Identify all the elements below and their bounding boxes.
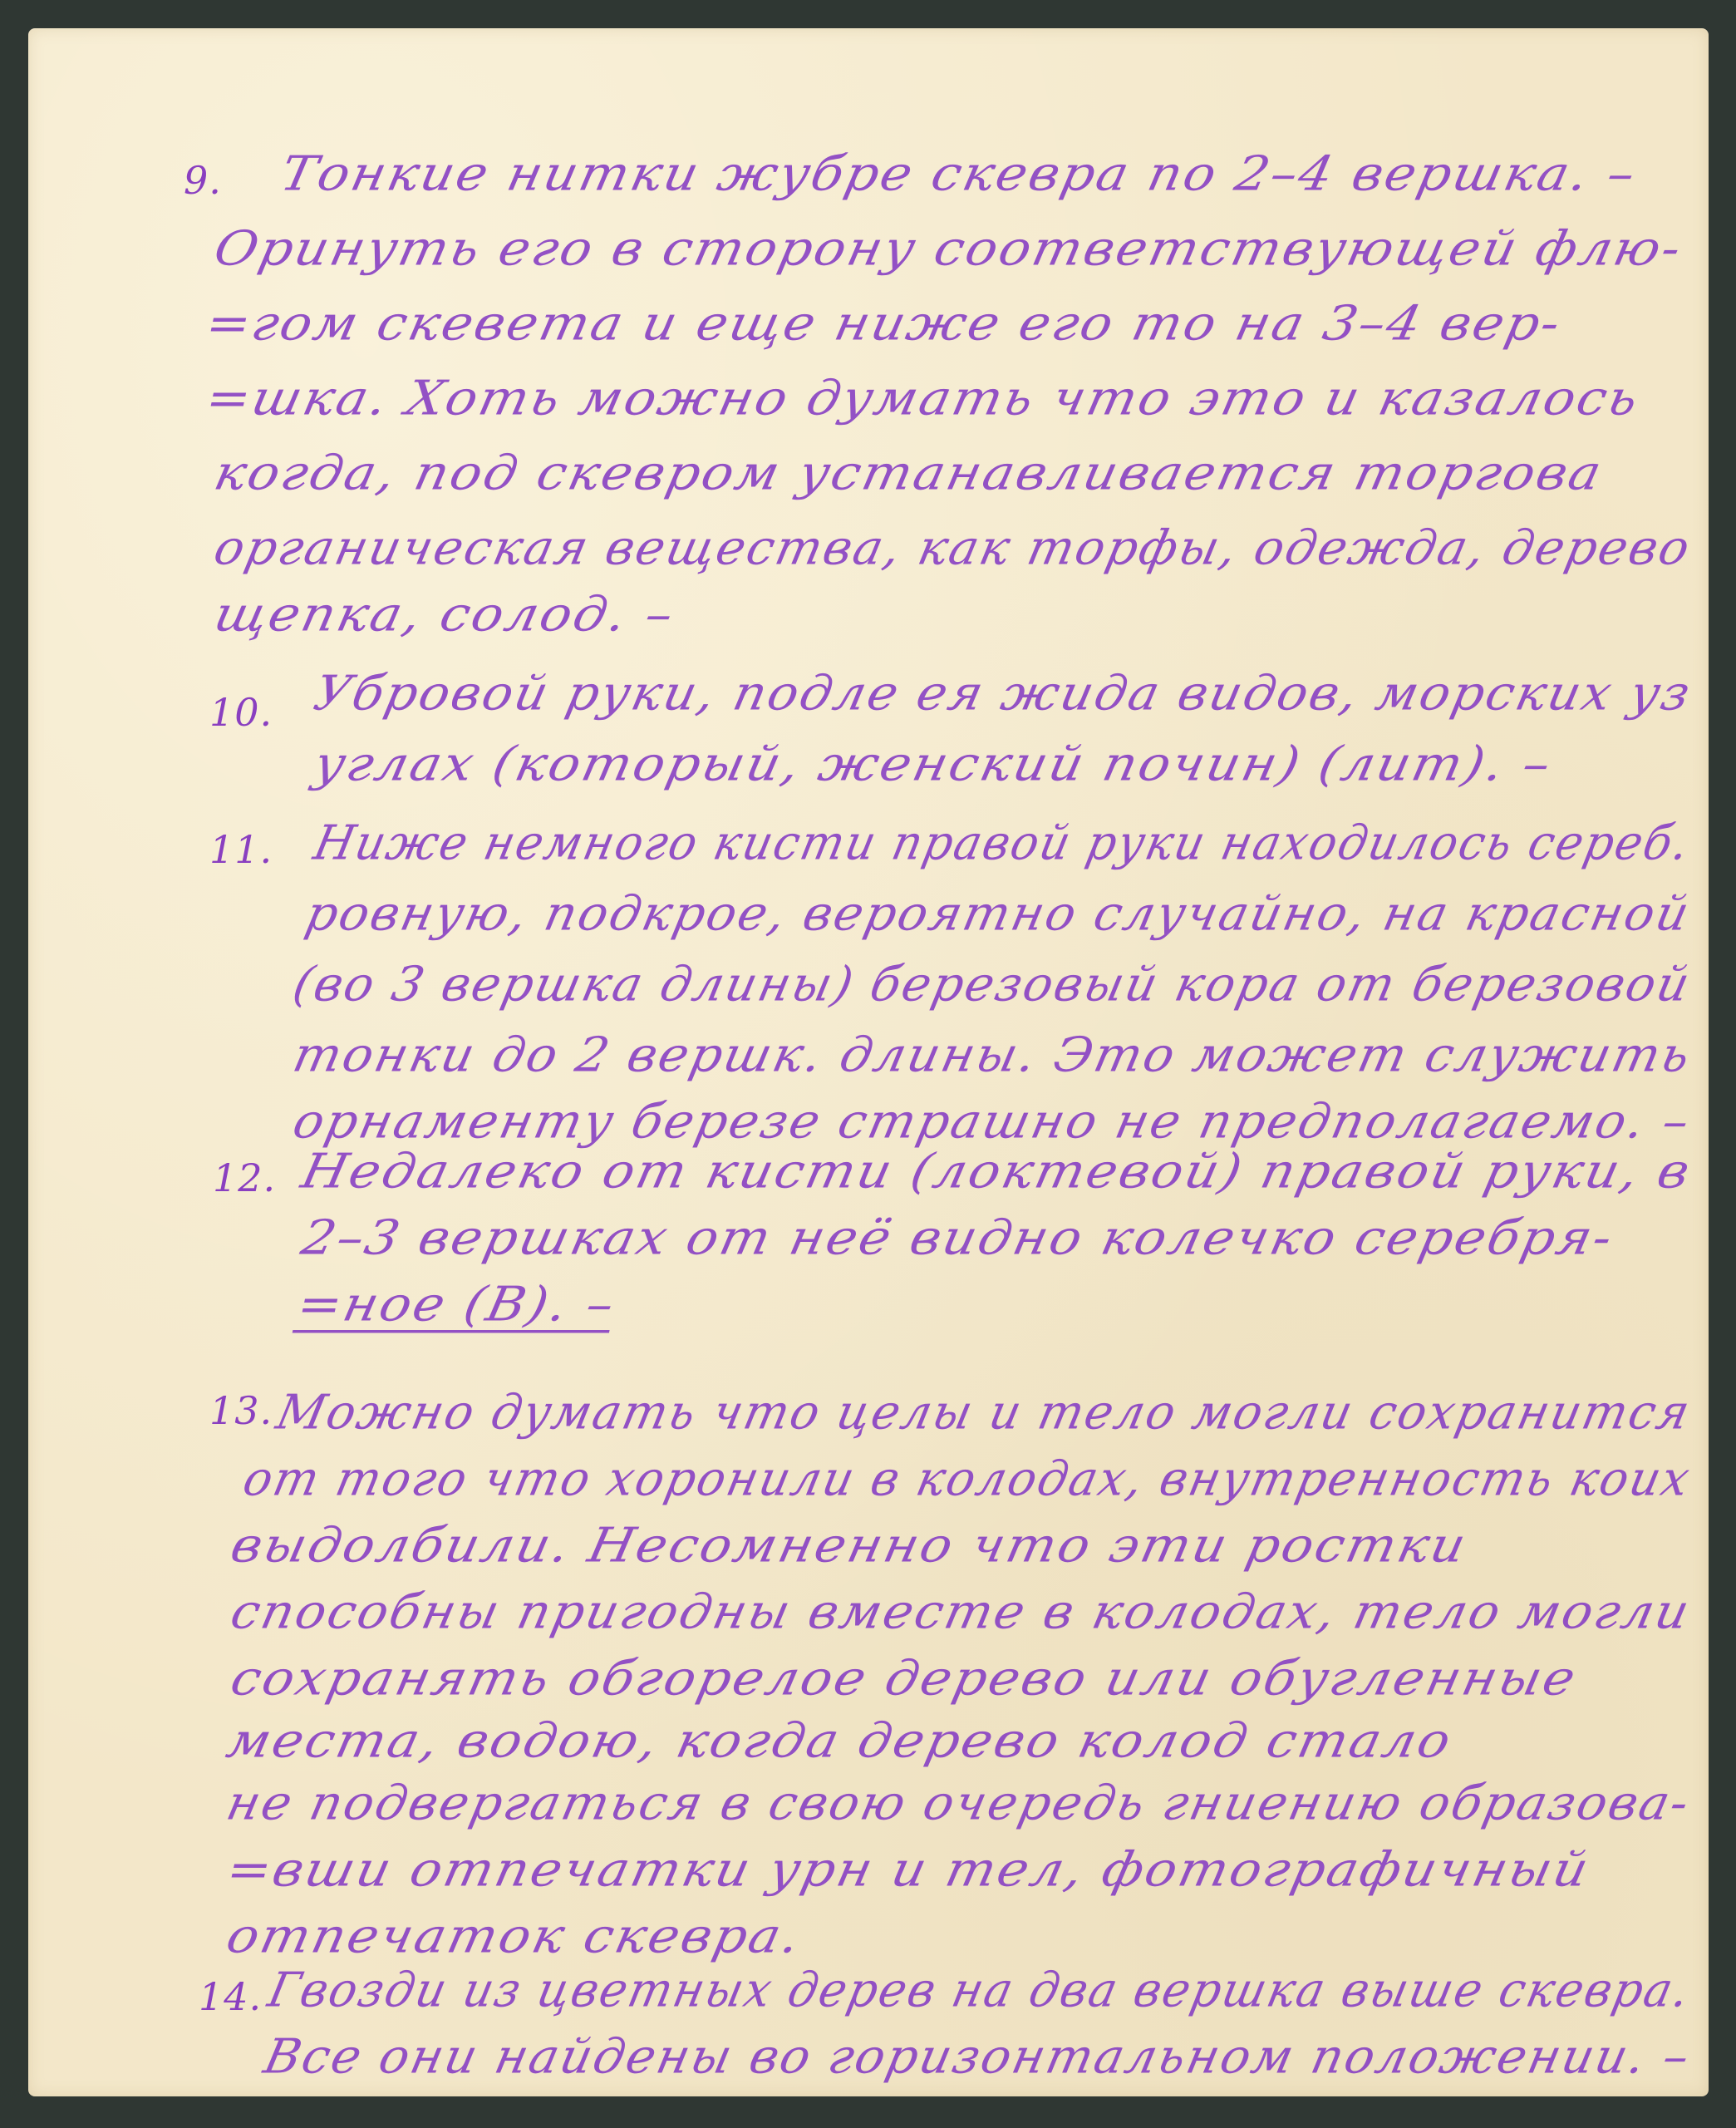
item-14-line-2: Все они найдены во горизонтальном положе… — [260, 2032, 1695, 2081]
item-11-line-4: тонки до 2 вершк. длины. Это может служи… — [289, 1031, 1696, 1079]
item-13-line-5: сохранять обгорелое дерево или обугленны… — [227, 1654, 1581, 1702]
item-13-line-7: не подвергаться в свою очередь гниению о… — [223, 1779, 1694, 1827]
item-10-line-2: углах (который, женский почин) (лит). – — [310, 740, 1556, 788]
item-11-line-3: (во 3 вершка длины) березовый кора от бе… — [289, 960, 1695, 1008]
manuscript-page: 9. Тонкие нитки жубре скевра по 2–4 верш… — [28, 28, 1709, 2096]
item-number-12: 12. — [213, 1159, 276, 1197]
item-9-line-1: Тонкие нитки жубре скевра по 2–4 вершка.… — [277, 150, 1641, 198]
item-9-line-3: =гом скевета и еще ниже его то на 3–4 ве… — [202, 299, 1566, 347]
item-number-13: 13. — [209, 1392, 273, 1430]
item-13-line-8: =вши отпечатки урн и тел, фотографичный — [223, 1845, 1595, 1894]
item-11-line-1: Ниже немного кисти правой руки находилос… — [310, 819, 1694, 867]
item-9-line-5: когда, под скевром устанавливается торго… — [210, 449, 1607, 497]
item-10-line-1: Убровой руки, подле ея жида видов, морск… — [310, 669, 1696, 717]
item-13-line-4: способны пригодны вместе в колодах, тело… — [227, 1588, 1695, 1636]
item-13-line-1: Можно думать что целы и тело могли сохра… — [273, 1388, 1695, 1436]
item-9-line-2: Оринуть его в сторону соответствующей фл… — [210, 224, 1687, 273]
item-12-line-1: Недалеко от кисти (локтевой) правой руки… — [298, 1147, 1696, 1195]
item-9-line-7: щепка, солод. – — [210, 590, 680, 638]
item-9-line-6: органическая вещества, как торфы, одежда… — [210, 524, 1695, 572]
item-11-line-2: ровную, подкрое, вероятно случайно, на к… — [302, 889, 1695, 938]
item-14-line-1: Гвозди из цветных дерев на два вершка вы… — [264, 1966, 1695, 2014]
item-13-line-3: выдолбили. Несомненно что эти ростки — [227, 1521, 1472, 1569]
item-number-10: 10. — [209, 693, 273, 731]
item-13-line-9: отпечаток скевра. — [223, 1912, 806, 1960]
item-number-14: 14. — [199, 1978, 262, 2016]
item-12-line-2: 2–3 вершках от неё видно колечко серебря… — [298, 1214, 1618, 1262]
item-13-line-6: места, водою, когда дерево колод стало — [223, 1717, 1457, 1765]
item-13-line-2: от того что хоронили в колодах, внутренн… — [239, 1455, 1695, 1503]
item-9-line-4: =шка. Хоть можно думать что это и казало… — [202, 374, 1645, 422]
item-11-line-5: орнаменту березе страшно не предполагаем… — [289, 1097, 1695, 1145]
item-number-9: 9. — [184, 161, 222, 199]
item-12-line-3: =ное (В). – — [293, 1280, 620, 1328]
item-number-11: 11. — [209, 830, 273, 869]
